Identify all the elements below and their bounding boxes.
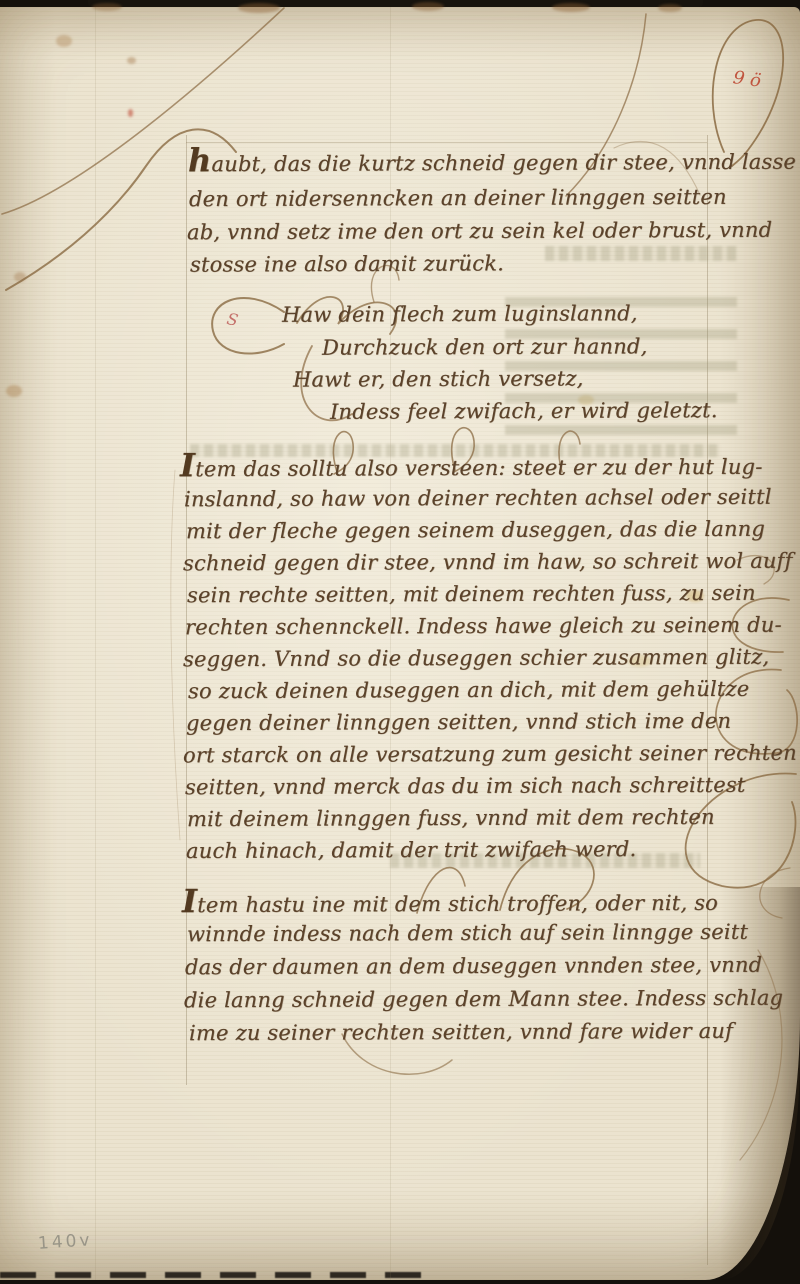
manuscript-line: sein rechte seitten, mit deinem rechten …: [187, 580, 756, 608]
manuscript-line: stosse ine also damit zurück.: [190, 250, 504, 277]
manuscript-line: ime zu seiner rechten seitten, vnnd fare…: [189, 1018, 733, 1046]
manuscript-line: Item das solltu also versteen: steet er …: [180, 450, 763, 483]
verse-line: Haw dein flech zum luginslannd,: [282, 300, 638, 328]
manuscript-line: gegen deiner linnggen seitten, vnnd stic…: [186, 708, 731, 736]
manuscript-line: schneid gegen dir stee, vnnd im haw, so …: [183, 548, 793, 577]
manuscript-line: das der daumen an dem duseggen vnnden st…: [185, 952, 762, 981]
manuscript-line: inslannd, so haw von deiner rechten achs…: [184, 484, 772, 513]
pen-flourish: [2, 8, 284, 214]
pen-flourish: [740, 950, 782, 1160]
verse-line: Indess feel zwifach, er wird geletzt.: [330, 397, 718, 425]
foliation-pencil: 140v: [37, 1230, 93, 1254]
manuscript-line: ort starck on alle versatzung zum gesich…: [183, 740, 797, 769]
manuscript-line: rechten schennckell. Indess hawe gleich …: [185, 612, 782, 641]
manuscript-line: seitten, vnnd merck das du im sich nach …: [185, 772, 746, 800]
manuscript-line: seggen. Vnnd so die duseggen schier zusa…: [183, 644, 769, 673]
verse-line: Hawt er, den stich versetz,: [293, 365, 584, 392]
pen-flourish: [171, 470, 180, 840]
book-top-edge: [88, 0, 703, 7]
verse-line: Durchzuck den ort zur hannd,: [322, 333, 648, 360]
manuscript-line: die lanng schneid gegen dem Mann stee. I…: [184, 985, 783, 1014]
pen-flourish: [760, 868, 790, 918]
pen-flourish: [212, 298, 284, 354]
manuscript-line: mit der fleche gegen seinem duseggen, da…: [186, 516, 765, 545]
photographed-manuscript: { "document": { "type": "manuscript-page…: [0, 0, 800, 1284]
manuscript-line: mit deinem linnggen fuss, vnnd mit dem r…: [187, 804, 715, 832]
quire-mark: 9 ö: [732, 67, 763, 92]
manuscript-line: so zuck deinen duseggen an dich, mit dem…: [188, 676, 749, 704]
manuscript-line: winnde indess nach dem stich auf sein li…: [187, 919, 748, 947]
manuscript-line: haubt, das die kurtz schneid gegen dir s…: [188, 145, 796, 178]
manuscript-page-leaf: 9 ö S haubt, das die kurtz schneid gegen…: [0, 7, 800, 1280]
manuscript-line: ab, vnnd setz ime den ort zu sein kel od…: [187, 217, 772, 246]
manuscript-line: den ort nidersenncken an deiner linnggen…: [189, 184, 727, 212]
manuscript-line: Item hastu ine mit dem stich troffen, od…: [182, 886, 718, 918]
manuscript-line: auch hinach, damit der trit zwifach werd…: [186, 836, 636, 864]
